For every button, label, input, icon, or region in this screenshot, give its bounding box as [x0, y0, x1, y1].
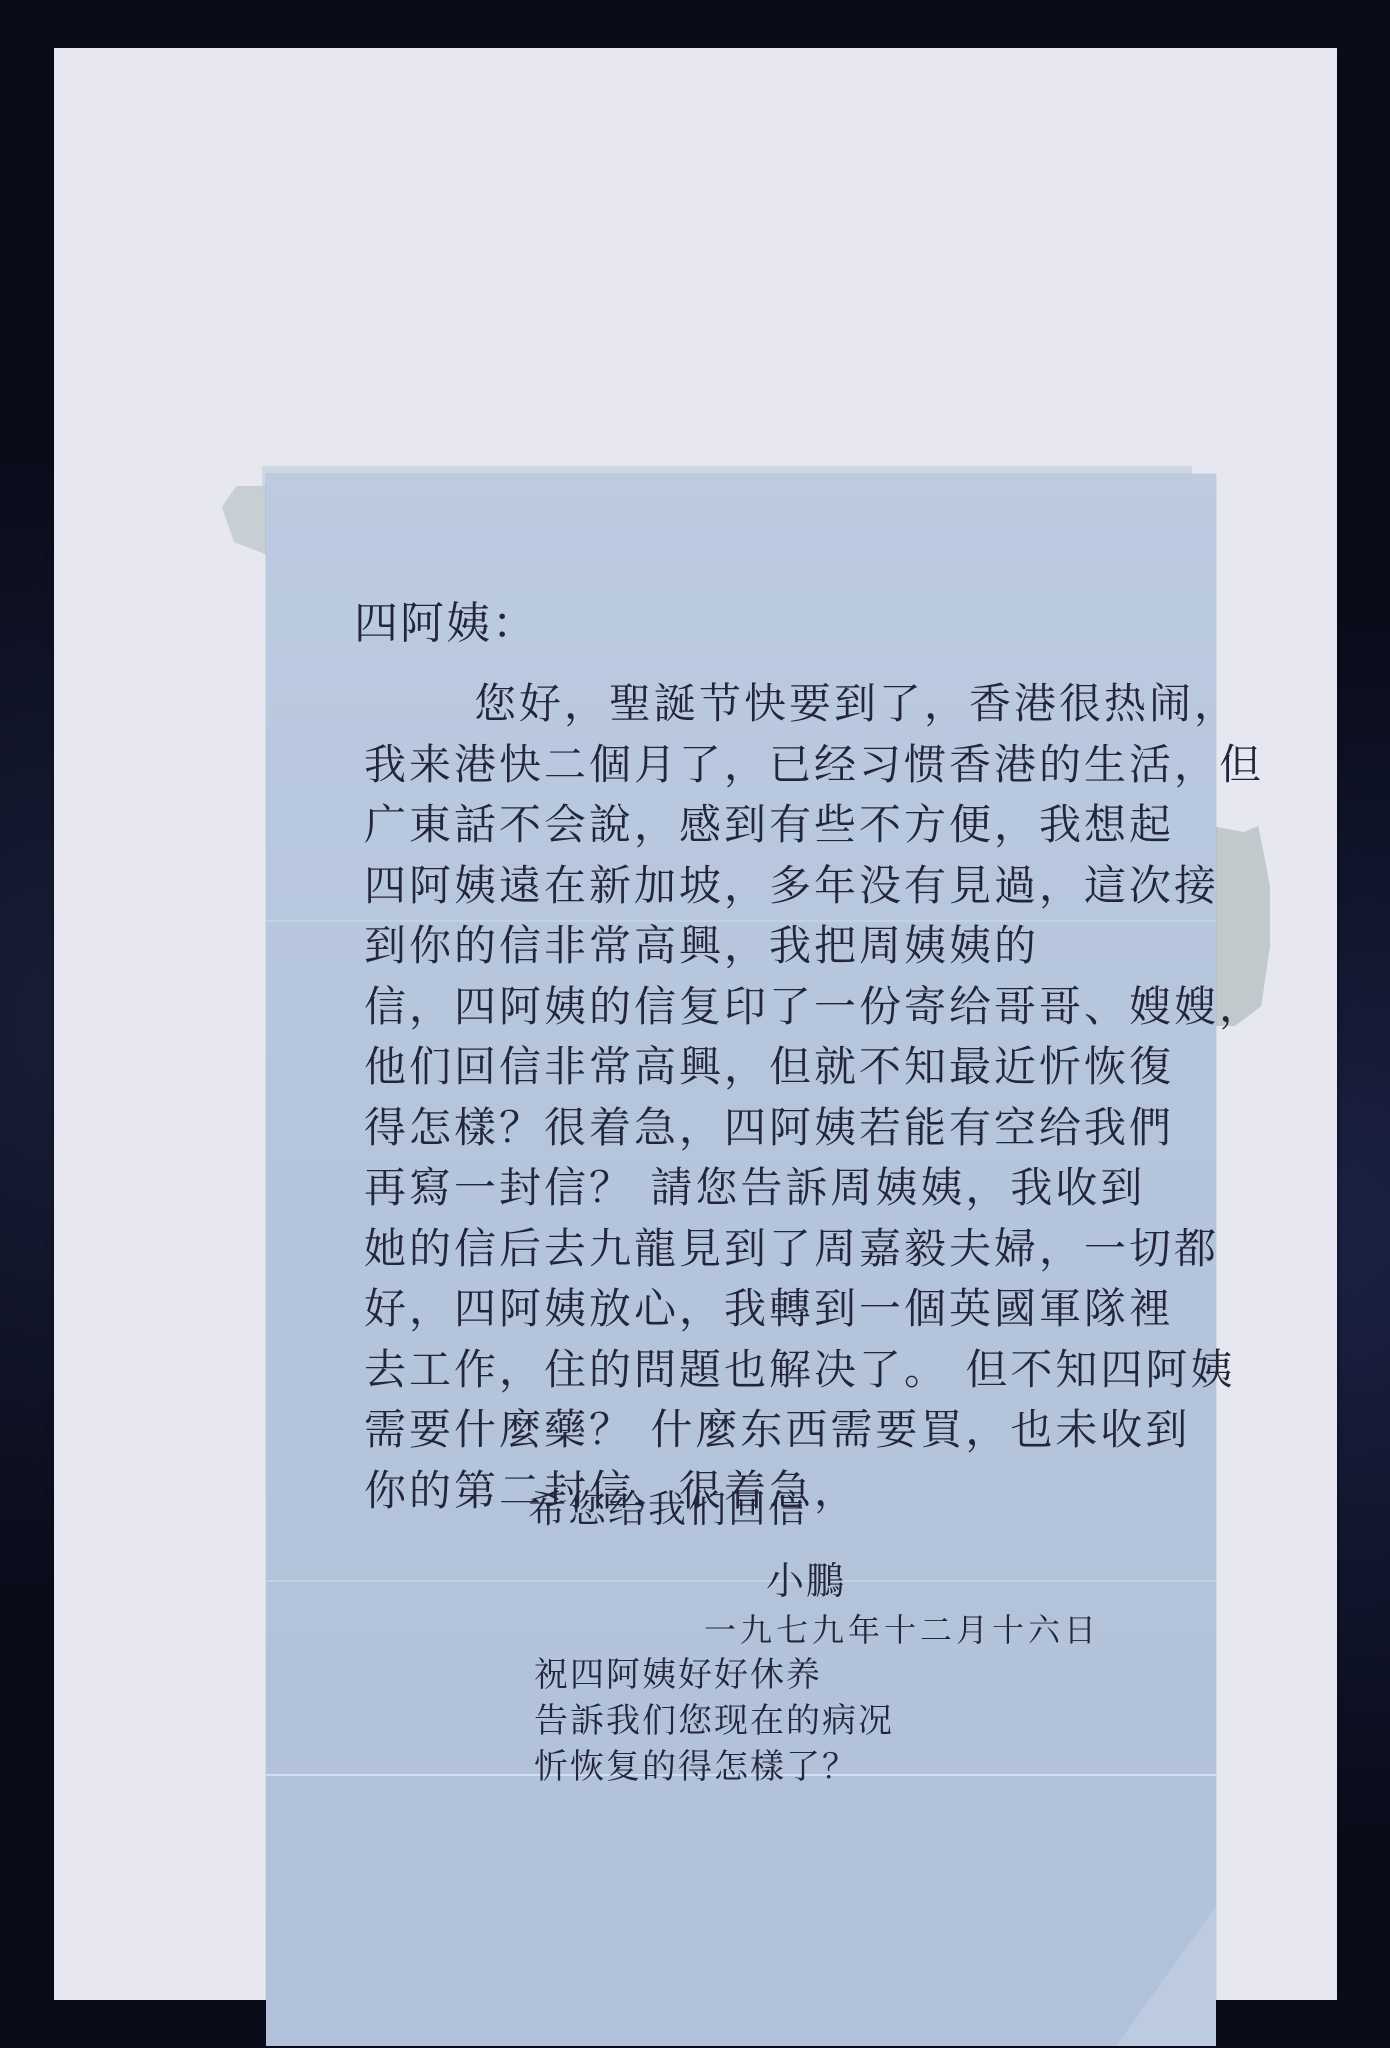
postscript-line: 忻恢复的得怎樣了？: [534, 1744, 894, 1790]
letter-assembly: 四阿姨： 您好，聖誕节快要到了，香港很热闹， 我来港快二個月了，已经习惯香港的生…: [226, 456, 1216, 2046]
body-line: 他们回信非常高興，但就不知最近忻恢復: [364, 1037, 1124, 1098]
body-line: 广東話不会說，感到有些不方便，我想起: [364, 795, 1124, 856]
closing-line: 希您给我们回信: [528, 1490, 808, 1528]
body-line: 得怎樣？很着急，四阿姨若能有空给我們: [364, 1098, 1124, 1159]
body-line: 好，四阿姨放心，我轉到一個英國軍隊裡: [364, 1279, 1124, 1340]
mounting-board: 四阿姨： 您好，聖誕节快要到了，香港很热闹， 我来港快二個月了，已经习惯香港的生…: [54, 48, 1337, 2000]
folded-corner: [1116, 1906, 1216, 2046]
body-line: 我来港快二個月了，已经习惯香港的生活，但: [364, 735, 1124, 796]
tape-strip-left: [222, 486, 270, 556]
body-line: 您好，聖誕节快要到了，香港很热闹，: [364, 674, 1124, 735]
letter-body: 您好，聖誕节快要到了，香港很热闹， 我来港快二個月了，已经习惯香港的生活，但 广…: [364, 674, 1124, 1521]
body-line: 四阿姨遠在新加坡，多年没有見過，這次接: [364, 856, 1124, 917]
aerogramme-letter: 四阿姨： 您好，聖誕节快要到了，香港很热闹， 我来港快二個月了，已经习惯香港的生…: [266, 474, 1216, 2046]
body-line: 信，四阿姨的信复印了一份寄给哥哥、嫂嫂，: [364, 977, 1124, 1038]
postscript-line: 祝四阿姨好好休养: [534, 1652, 894, 1698]
salutation: 四阿姨：: [354, 602, 538, 646]
fold-crease: [266, 1580, 1216, 1582]
signature: 小鵬: [766, 1562, 846, 1600]
body-line: 再寫一封信？ 請您告訴周姨姨，我收到: [364, 1158, 1124, 1219]
body-line: 需要什麼藥？ 什麼东西需要買，也未收到: [364, 1400, 1124, 1461]
body-line: 她的信后去九龍見到了周嘉毅夫婦，一切都: [364, 1219, 1124, 1280]
body-line: 到你的信非常高興，我把周姨姨的: [364, 916, 1124, 977]
body-line: 去工作，住的問題也解决了。 但不知四阿姨: [364, 1340, 1124, 1401]
postscript: 祝四阿姨好好休养 告訴我们您现在的病况 忻恢复的得怎樣了？: [534, 1652, 894, 1790]
postscript-line: 告訴我们您现在的病况: [534, 1698, 894, 1744]
letter-date: 一九七九年十二月十六日: [704, 1614, 1100, 1646]
